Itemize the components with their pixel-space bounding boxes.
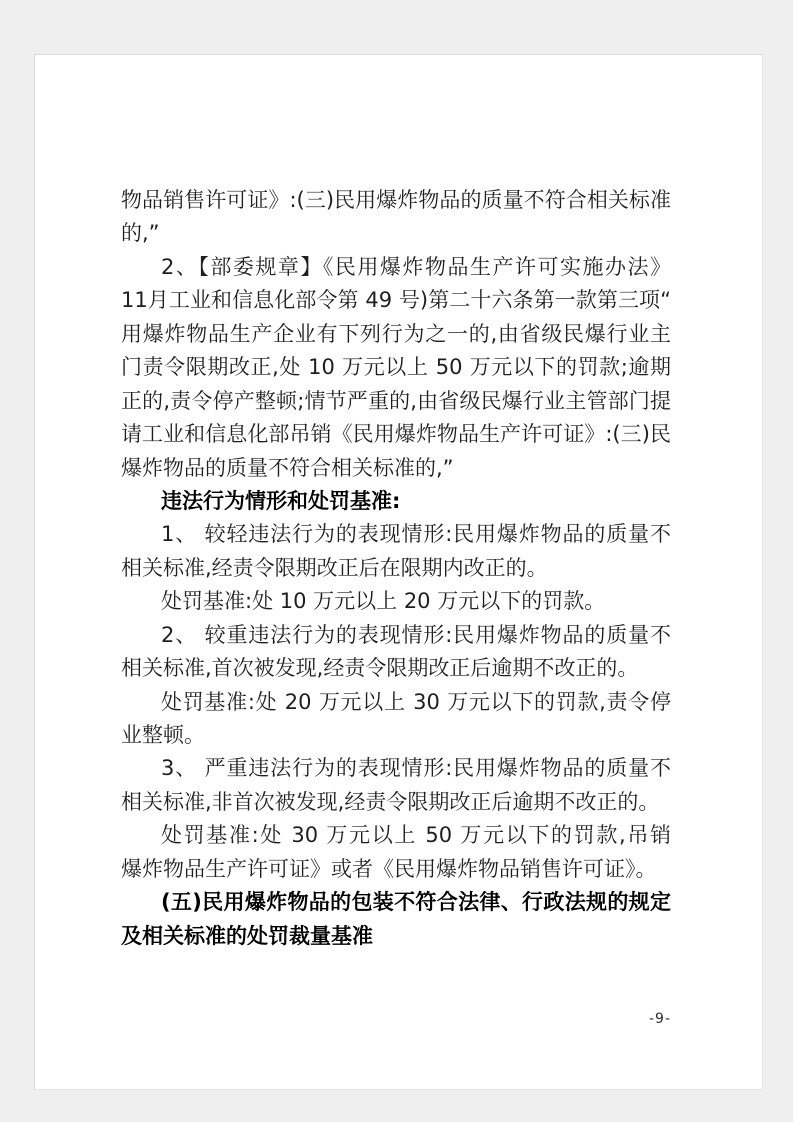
heading-violation-and-penalty-benchmarks: 违法行为情形和处罚基准: bbox=[121, 485, 671, 518]
text-line-13: 处罚基准:处 10 万元以上 20 万元以下的罚款。 bbox=[121, 585, 671, 618]
text-line-6: 门责令限期改正,处 10 万元以上 50 万元以下的罚款;逾期不改 bbox=[121, 351, 671, 384]
text-line-12: 相关标准,经责令限期改正后在限期内改正的。 bbox=[121, 552, 671, 585]
text-line-15: 相关标准,首次被发现,经责令限期改正后逾期不改正的。 bbox=[121, 652, 671, 685]
text-line-14: 2、 较重违法行为的表现情形:民用爆炸物品的质量不符合 bbox=[121, 619, 671, 652]
text-line-2: 的,” bbox=[121, 217, 671, 250]
page-number: -9- bbox=[649, 1011, 671, 1027]
text-line-7: 正的,责令停产整顿;情节严重的,由省级民爆行业主管部门提 bbox=[121, 385, 671, 418]
text-line-3: 2、【部委规章】《民用爆炸物品生产许可实施办法》(2018 年 bbox=[121, 251, 671, 284]
text-line-4: 11月工业和信息化部令第 49 号)第二十六条第一款第三项“ 民 bbox=[121, 284, 671, 317]
text-line-1: 物品销售许可证》:(三)民用爆炸物品的质量不符合相关标准 bbox=[121, 184, 671, 217]
text-line-9: 爆炸物品的质量不符合相关标准的,” bbox=[121, 452, 671, 485]
text-line-20: 处罚基准:处 30 万元以上 50 万元以下的罚款,吊销《民用 bbox=[121, 819, 671, 852]
text-line-19: 相关标准,非首次被发现,经责令限期改正后逾期不改正的。 bbox=[121, 786, 671, 819]
text-line-8: 请工业和信息化部吊销《民用爆炸物品生产许可证》:(三)民用 bbox=[121, 418, 671, 451]
heading-section-5-line-1: (五)民用爆炸物品的包装不符合法律、行政法规的规定以 bbox=[121, 886, 671, 919]
document-body: 物品销售许可证》:(三)民用爆炸物品的质量不符合相关标准 的,” 2、【部委规章… bbox=[121, 184, 671, 953]
heading-section-5-line-2: 及相关标准的处罚裁量基准 bbox=[121, 920, 671, 953]
text-line-18: 3、 严重违法行为的表现情形:民用爆炸物品的质量不符合 bbox=[121, 752, 671, 785]
text-line-16: 处罚基准:处 20 万元以上 30 万元以下的罚款,责令停产停 bbox=[121, 686, 671, 719]
text-line-21: 爆炸物品生产许可证》或者《民用爆炸物品销售许可证》。 bbox=[121, 853, 671, 886]
text-line-5: 用爆炸物品生产企业有下列行为之一的,由省级民爆行业主管部 bbox=[121, 318, 671, 351]
text-line-11: 1、 较轻违法行为的表现情形:民用爆炸物品的质量不符合 bbox=[121, 518, 671, 551]
viewer-background: { "colors": { "background": "#efefef", "… bbox=[0, 0, 793, 1122]
document-page: 物品销售许可证》:(三)民用爆炸物品的质量不符合相关标准 的,” 2、【部委规章… bbox=[34, 54, 763, 1090]
text-line-17: 业整顿。 bbox=[121, 719, 671, 752]
